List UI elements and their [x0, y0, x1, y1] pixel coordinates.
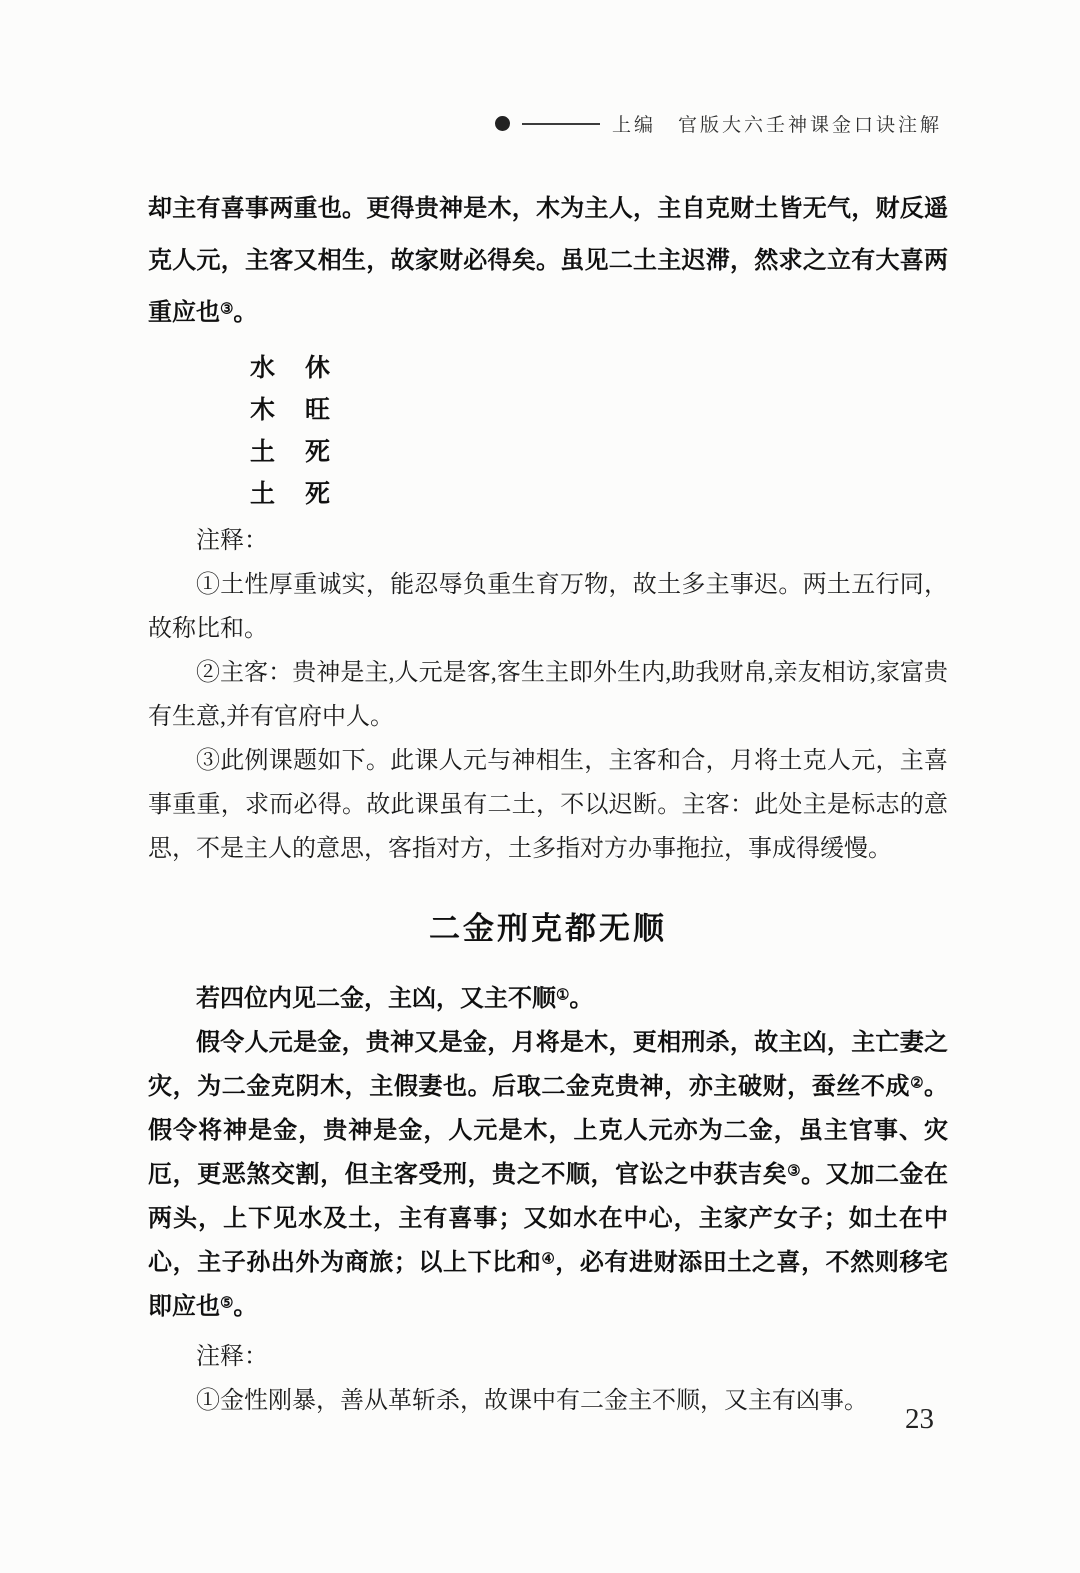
- element-cell: 水: [250, 348, 275, 384]
- state-cell: 死: [305, 474, 330, 510]
- page-number: 23: [905, 1403, 934, 1436]
- five-elements-table: 水 休 木 旺 土 死 土 死: [148, 345, 948, 513]
- element-cell: 木: [250, 390, 275, 426]
- notes-heading: 注释：: [148, 519, 948, 563]
- table-row: 土 死: [250, 429, 948, 471]
- note-item-3: ③此例课题如下。此课人元与神相生，主客和合，月将土克人元，主喜事重重，求而必得。…: [148, 739, 948, 871]
- table-row: 水 休: [250, 345, 948, 387]
- text-column: 却主有喜事两重也。更得贵神是木，木为主人，主自克财土皆无气，财反遥克人元，主客又…: [148, 0, 948, 1423]
- note-item-1: ①土性厚重诚实，能忍辱负重生育万物，故土多主事迟。两土五行同，故称比和。: [148, 563, 948, 651]
- state-cell: 死: [305, 432, 330, 468]
- paragraph-conclusion: 却主有喜事两重也。更得贵神是木，木为主人，主自克财土皆无气，财反遥克人元，主客又…: [148, 183, 948, 339]
- section-title: 二金刑克都无顺: [148, 907, 948, 951]
- note-item-4: ①金性刚暴，善从革斩杀，故课中有二金主不顺，又主有凶事。: [148, 1379, 948, 1423]
- book-page: 上编 官版大六壬神课金口诀注解 却主有喜事两重也。更得贵神是木，木为主人，主自克…: [0, 0, 1080, 1573]
- element-cell: 土: [250, 432, 275, 468]
- state-cell: 休: [305, 348, 330, 384]
- table-row: 土 死: [250, 471, 948, 513]
- table-row: 木 旺: [250, 387, 948, 429]
- notes-heading-2: 注释：: [148, 1335, 948, 1379]
- note-item-2: ②主客：贵神是主,人元是客,客生主即外生内,助我财帛,亲友相访,家富贵有生意,并…: [148, 651, 948, 739]
- section-body: 假令人元是金，贵神又是金，月将是木，更相刑杀，故主凶，主亡妻之灾，为二金克阴木，…: [148, 1021, 948, 1329]
- element-cell: 土: [250, 474, 275, 510]
- section-intro: 若四位内见二金，主凶，又主不顺①。: [148, 977, 948, 1021]
- state-cell: 旺: [305, 390, 330, 426]
